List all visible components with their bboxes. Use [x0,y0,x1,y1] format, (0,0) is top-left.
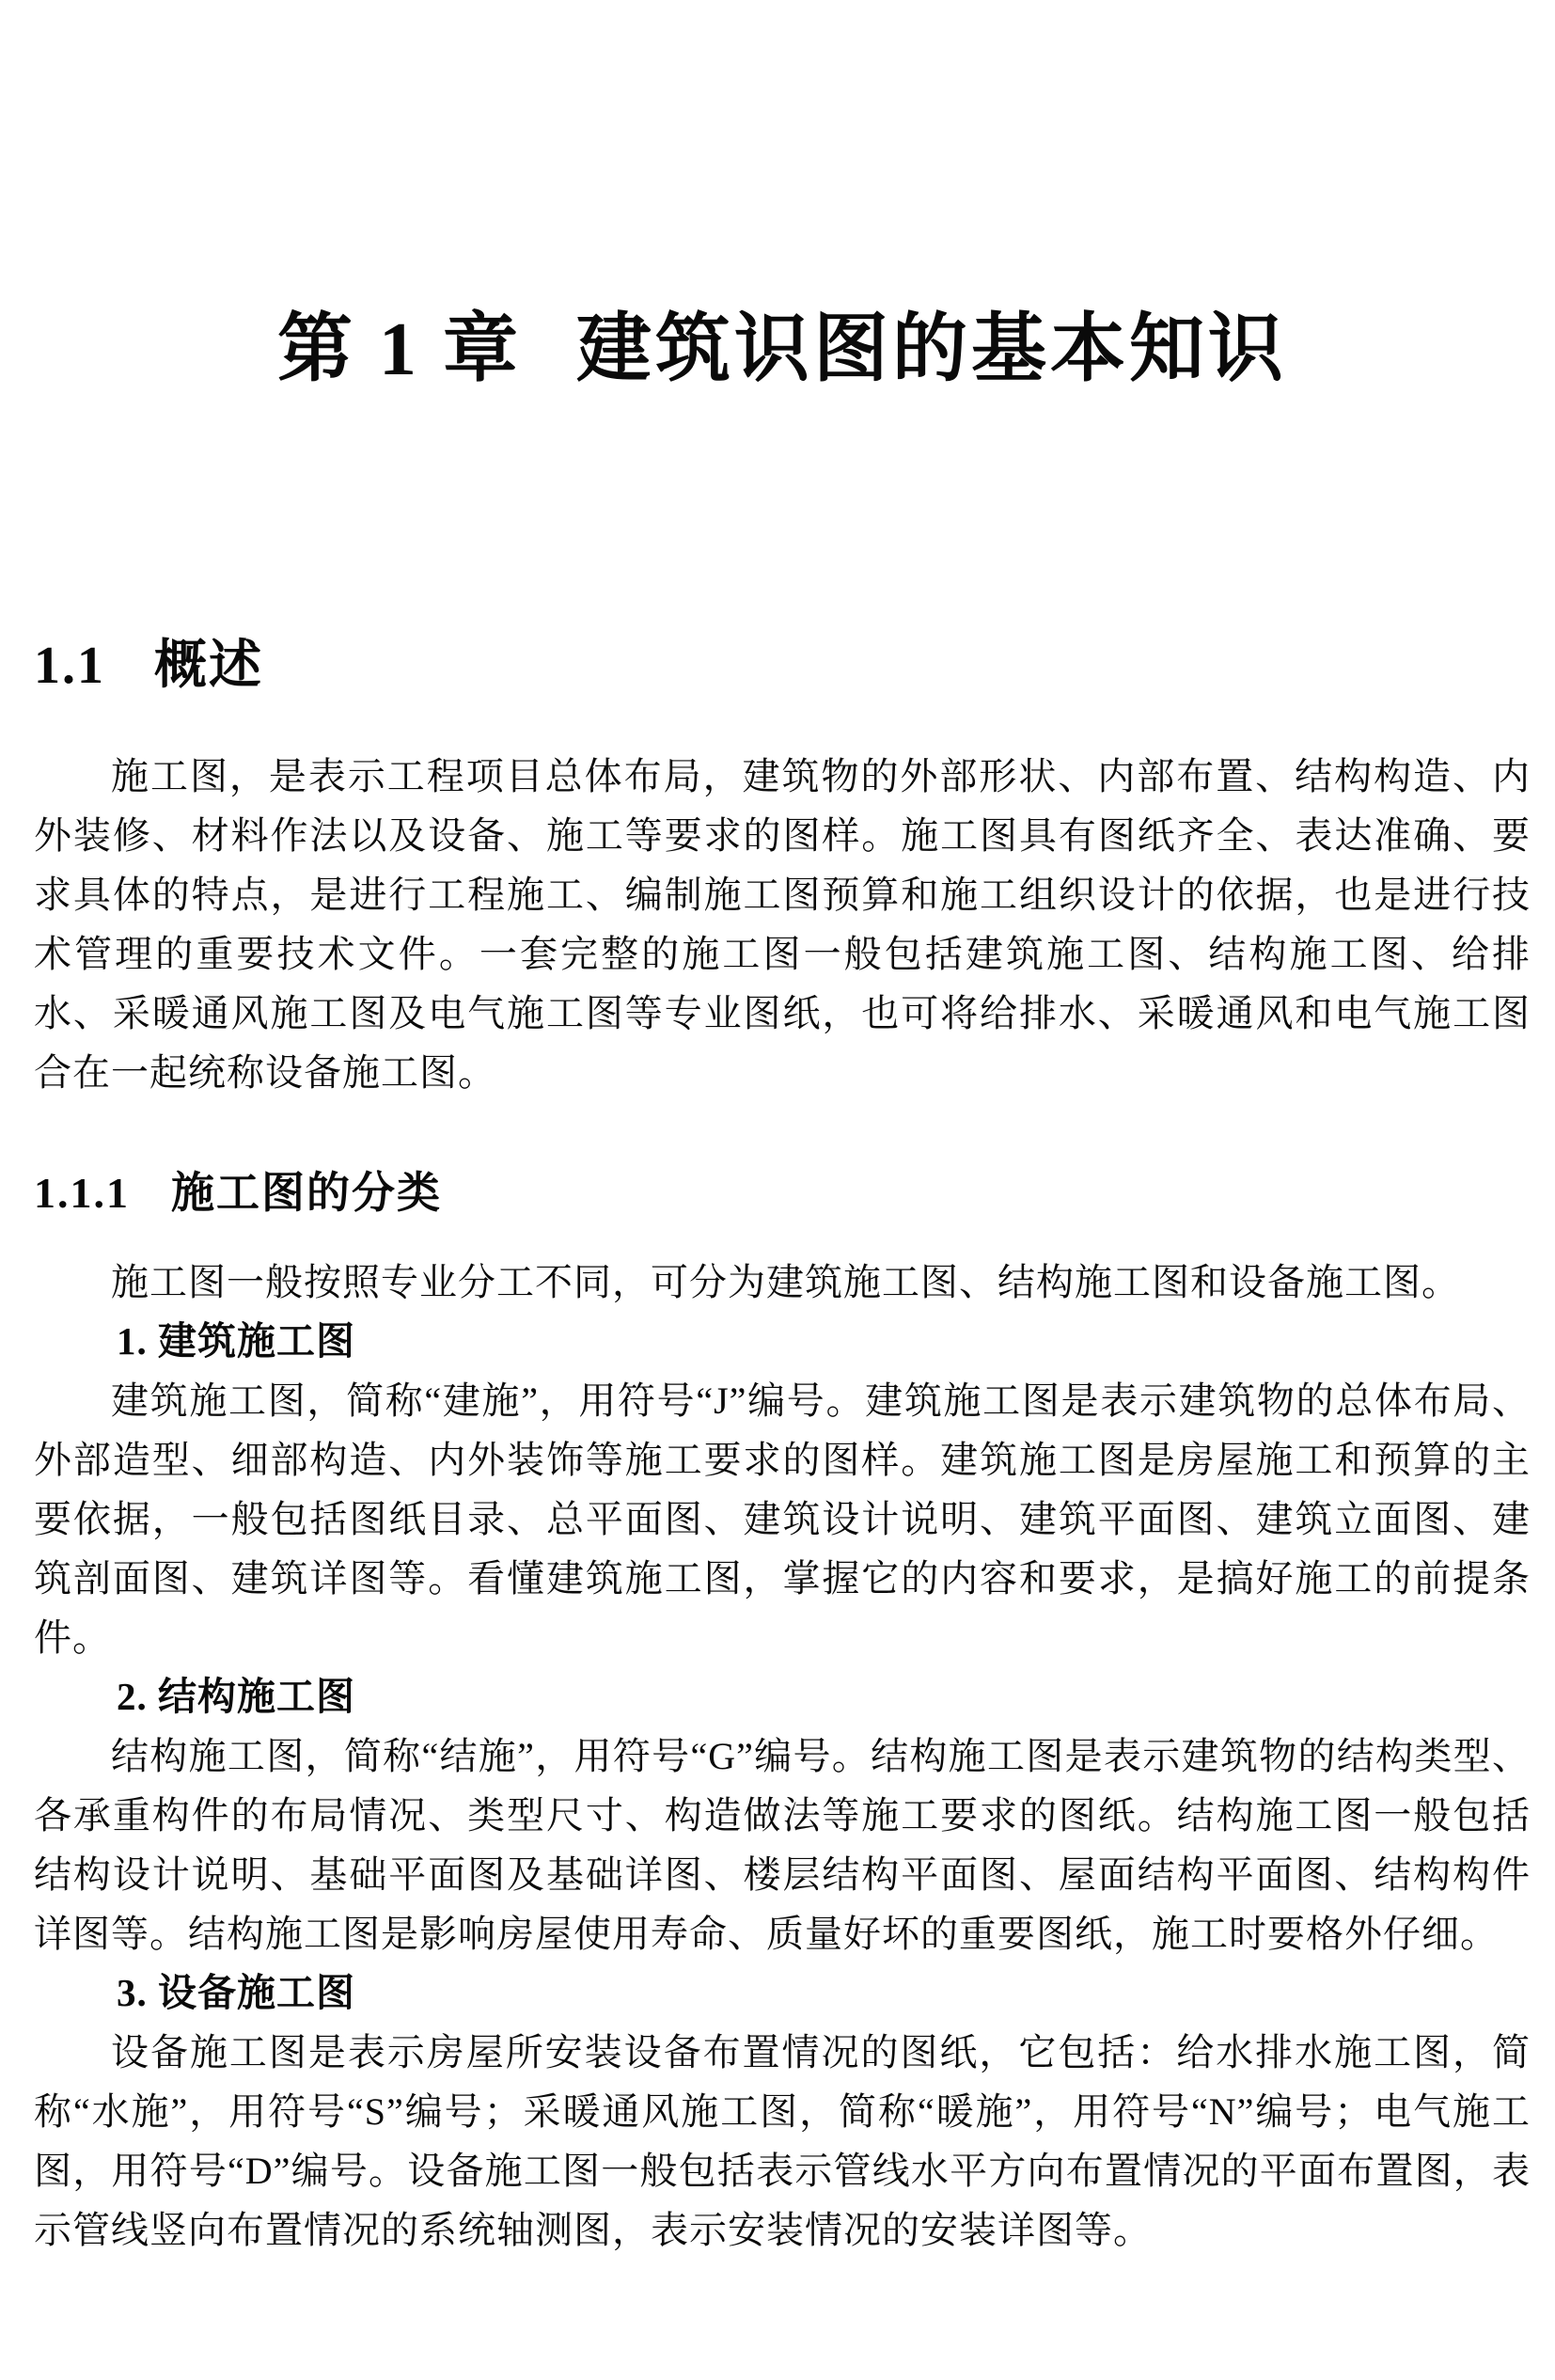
chapter-heading: 第 1 章 建筑识图的基本知识 [34,0,1531,397]
subsection-title: 施工图的分类 [171,1164,442,1222]
list-item-body-equipment: 设备施工图是表示房屋所安装设备布置情况的图纸，它包括：给水排水施工图，简称“水施… [34,2023,1531,2260]
list-item-heading-architectural: 1. 建筑施工图 [34,1312,1531,1371]
book-page: 第 1 章 建筑识图的基本知识 1.1 概述 施工图，是表示工程项目总体布局，建… [0,0,1555,2380]
list-item-heading-structural: 2. 结构施工图 [34,1667,1531,1726]
section-number: 1.1 [34,632,105,700]
subsection-number: 1.1.1 [34,1164,130,1222]
list-item-heading-equipment: 3. 设备施工图 [34,1963,1531,2023]
section-title: 概述 [154,632,263,700]
chapter-title: 建筑识图的基本知识 [576,303,1287,397]
list-item-body-structural: 结构施工图，简称“结施”，用符号“G”编号。结构施工图是表示建筑物的结构类型、各… [34,1726,1531,1963]
section-intro-paragraph: 施工图，是表示工程项目总体布局，建筑物的外部形状、内部布置、结构构造、内外装修、… [34,747,1531,1102]
section-heading: 1.1 概述 [34,632,1531,700]
chapter-number: 第 1 章 [277,303,522,397]
list-item-body-architectural: 建筑施工图，简称“建施”，用符号“J”编号。建筑施工图是表示建筑物的总体布局、外… [34,1371,1531,1667]
subsection-intro-paragraph: 施工图一般按照专业分工不同，可分为建筑施工图、结构施工图和设备施工图。 [34,1253,1531,1312]
subsection-heading: 1.1.1 施工图的分类 [34,1164,1531,1222]
